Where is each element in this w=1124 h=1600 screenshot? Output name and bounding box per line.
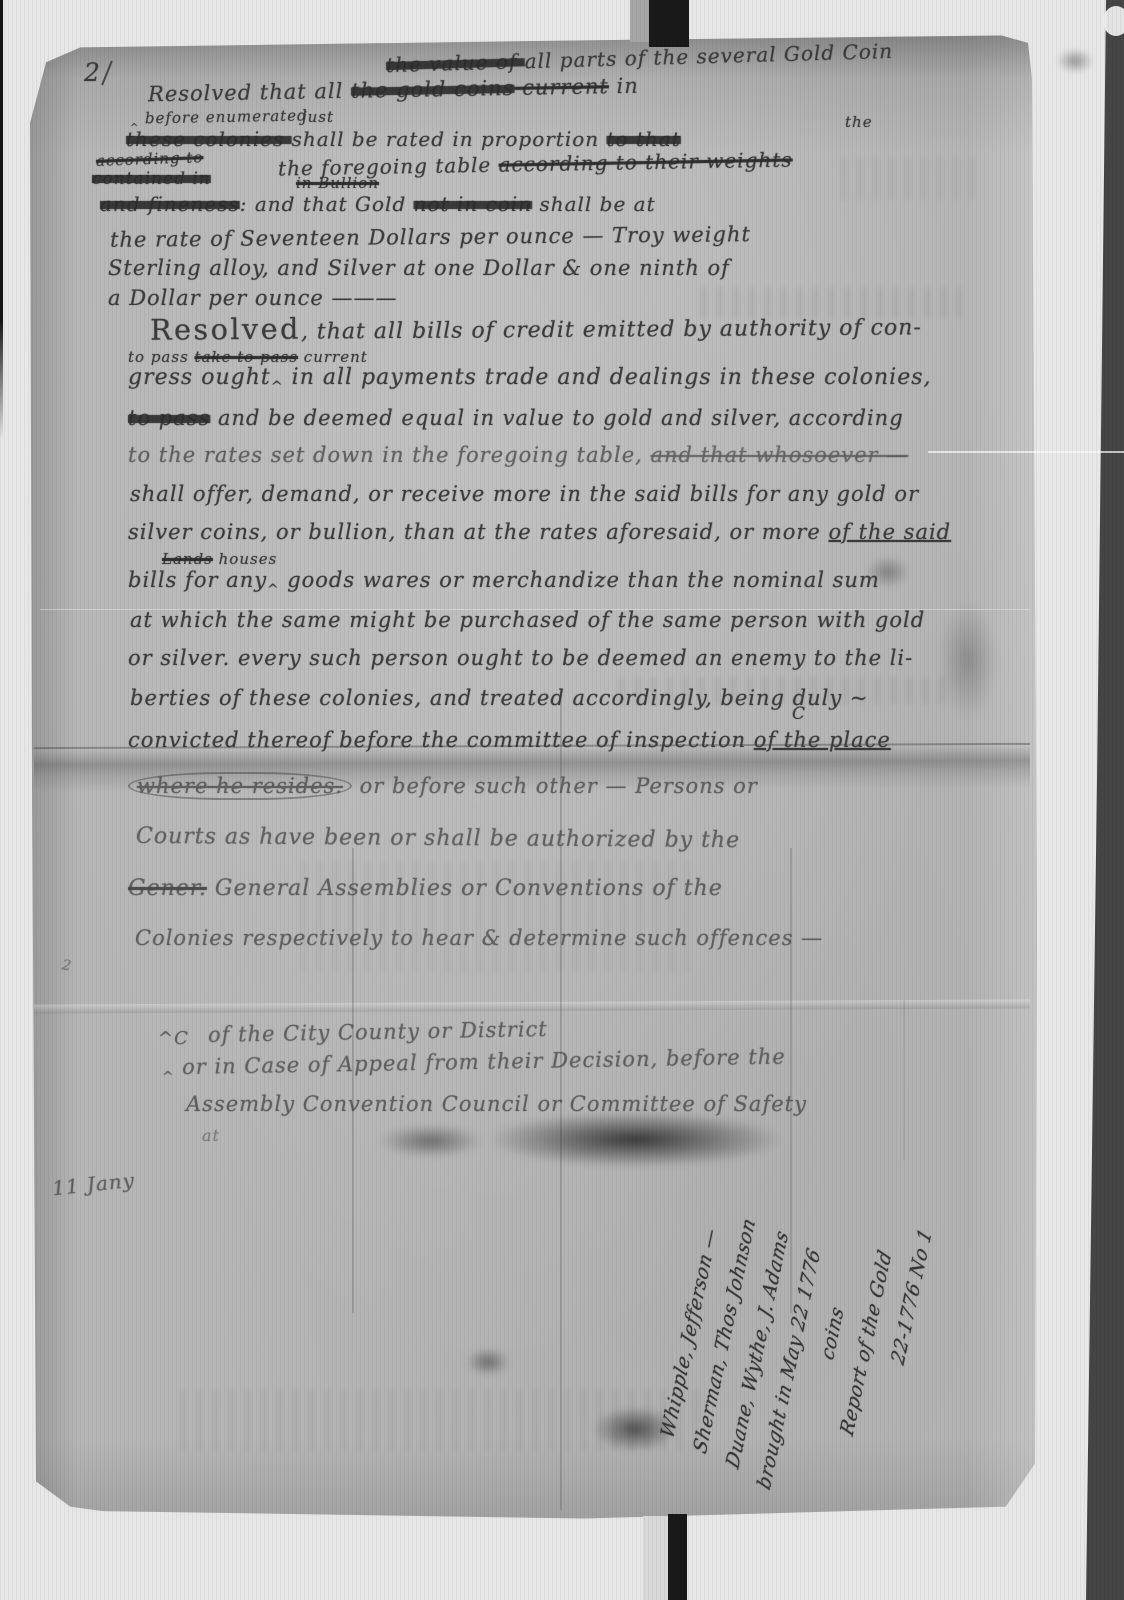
text-segment: current [298,348,368,366]
text-segment: and that whosoever — [651,443,909,467]
text-segment: at which the same might be purchased of … [130,608,925,632]
manuscript-line: at [202,1126,220,1145]
text-segment: these colonies [126,127,292,151]
microfilm-scan: 2 the value of all parts of the several … [0,0,1124,1600]
mount-tab-bottom-gray [643,1516,668,1600]
text-segment: and be deemed equal in value to gold and… [210,406,903,430]
text-segment: shall offer, demand, or receive more in … [130,482,919,506]
text-segment: bills for any [128,568,267,592]
text-segment: not in coin [414,192,532,216]
manuscript-line: a Dollar per ounce ——— [108,286,397,310]
text-segment: according to [96,148,204,170]
text-segment: Gener. [128,876,207,901]
text-segment: ^ [267,582,279,598]
text-segment: berties of these colonies, and treated a… [130,686,868,710]
text-segment: ^ [162,1069,175,1085]
ink-blot [466,1348,510,1376]
ink-blot [938,600,998,720]
text-segment: silver coins, or bullion, than at the ra… [128,520,829,544]
text-segment: before enumerated [139,106,308,127]
manuscript-line: to the rates set down in the foregoing t… [128,443,908,467]
manuscript-line: these colonies shall be rated in proport… [126,127,681,151]
interline-insert: ^C [158,1028,189,1049]
text-segment: to pass [128,348,195,366]
manuscript-line: Assembly Convention Council or Committee… [186,1092,807,1116]
film-edge-line [0,0,3,440]
text-segment: gress ought [128,365,271,390]
mount-tab-top-black [649,0,689,47]
manuscript-line: berties of these colonies, and treated a… [130,686,868,710]
text-segment: Colonies respectively to hear & determin… [135,926,823,950]
text-segment: or before such other — Persons or [352,774,758,798]
mount-tab-top-gray [630,0,649,42]
text-segment: all [314,79,351,104]
text-segment: ^C [158,1028,189,1049]
manuscript-line: where he resides. or before such other —… [128,774,758,798]
manuscript-line: and fineness: and that Gold not in coin … [100,192,656,216]
manuscript-line: gress ought^ in all payments trade and d… [128,365,932,395]
text-segment: the gold coins [351,76,515,103]
text-segment: Lands [162,550,213,568]
scan-scratch-line [40,609,1030,610]
text-segment: a Dollar per ounce ——— [108,286,397,310]
text-segment: Resolved that [148,79,315,106]
text-segment: to the rates set down in the foregoing t… [128,443,651,467]
text-segment: at [202,1126,220,1145]
text-segment: in [609,74,639,99]
text-segment: of the place [754,728,891,752]
manuscript-line: convicted thereof before the committee o… [128,728,891,752]
interline-insert: to pass take to pass current [128,348,368,366]
text-segment: to pass [128,406,210,430]
text-segment: Sterling alloy, and Silver at one Dollar… [108,256,730,280]
text-segment: convicted thereof before the committee o… [128,728,754,752]
text-segment: C [792,704,806,724]
text-segment: and fineness [100,192,240,216]
text-segment: or silver. every such person ought to be… [128,646,913,670]
interline-insert: Lands houses [162,550,277,568]
scan-scratch-line [928,451,1124,453]
mount-tab-bottom-black [668,1514,687,1600]
manuscript-line: to pass and be deemed equal in value to … [128,406,904,430]
interline-insert: according to [96,148,204,170]
text-segment: ^ [271,379,284,395]
text-segment: shall be rated in proportion [292,127,607,151]
interline-insert: in Bullion [296,174,379,192]
manuscript-line: contained in [92,169,211,189]
interline-insert: C [792,704,806,724]
text-segment: where he resides. [128,772,352,800]
bleedthrough-rule [903,1000,905,1160]
film-smudge [1056,48,1094,74]
film-reflection-spot [1103,6,1124,36]
text-segment: General Assemblies or Conventions of the [207,876,723,901]
text-segment: shall be at [532,192,656,216]
text-segment: in Bullion [296,174,379,192]
manuscript-line: Gener. General Assemblies or Conventions… [128,876,723,901]
text-segment: houses [213,550,277,568]
text-segment: just [302,108,334,126]
manuscript-line: bills for any^ goods wares or merchandiz… [128,568,880,598]
interline-insert: just [302,108,334,126]
interline-insert: the [845,113,873,131]
text-segment: , that all bills of credit emitted by au… [301,315,922,344]
text-segment: the value of [386,49,525,77]
manuscript-line: Sterling alloy, and Silver at one Dollar… [108,256,730,280]
text-segment: : and that Gold [240,192,414,216]
manuscript-line: shall offer, demand, or receive more in … [130,482,919,506]
manuscript-line: Colonies respectively to hear & determin… [135,926,823,950]
manuscript-line: at which the same might be purchased of … [130,608,925,632]
ink-blot [378,1124,483,1158]
manuscript-line: silver coins, or bullion, than at the ra… [128,520,951,544]
manuscript-line: Courts as have been or shall be authoriz… [136,824,740,853]
text-segment: of the said [829,520,952,544]
manuscript-line: or silver. every such person ought to be… [128,646,913,670]
text-segment: contained in [92,169,211,189]
text-segment: Resolved [150,312,301,347]
text-segment: take to pass [195,348,298,366]
text-segment: current [514,74,609,100]
text-segment: to that [607,127,681,151]
text-segment: Courts as have been or shall be authoriz… [136,824,740,853]
text-segment: according to their weights [498,148,792,177]
page-number: 2 [84,58,101,87]
text-segment: goods wares or merchandize than the nomi… [280,568,880,592]
text-segment: Assembly Convention Council or Committee… [186,1092,807,1116]
manuscript-line: Resolved, that all bills of credit emitt… [150,307,922,346]
text-segment: the [845,113,873,131]
text-segment: in all payments trade and dealings in th… [284,365,932,390]
bleedthrough-text [840,158,980,200]
